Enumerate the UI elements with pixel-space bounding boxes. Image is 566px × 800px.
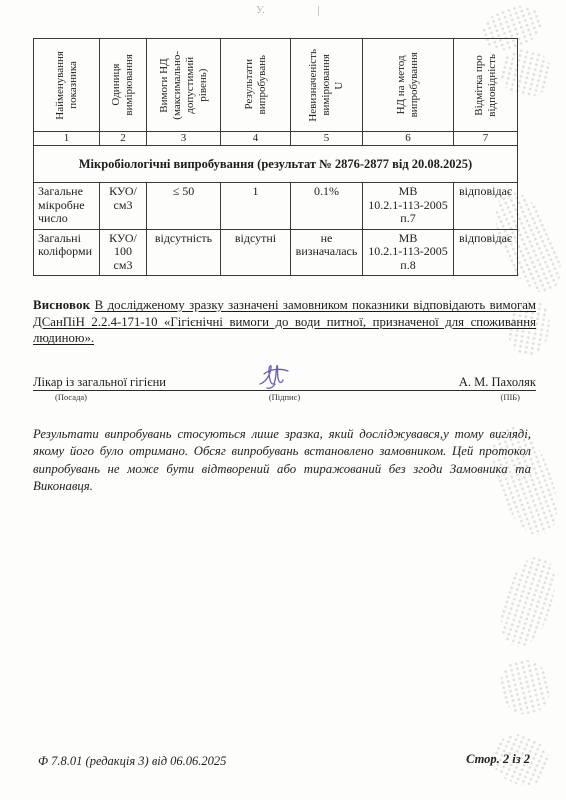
document-content: Найменування показника Одиниця вимірюван… (33, 38, 536, 496)
signature-block: Лікар із загальної гігієни А. М. Пахоляк… (33, 371, 536, 404)
scan-noise (492, 551, 564, 653)
signature-icon (254, 359, 296, 393)
signature-caption: (Підпис) (269, 392, 300, 402)
cell-method: МВ 10.2.1-113-2005 п.7 (363, 183, 454, 230)
table-row: Загальні коліформи КУО/ 100 см3 відсутні… (34, 229, 518, 276)
header-label: Невизначеність вимірювання U (307, 49, 346, 122)
signature-labels: (Посада) (Підпис) (ПІБ) (33, 391, 536, 404)
cell-result: відсутні (221, 229, 291, 276)
signature-line: Лікар із загальної гігієни А. М. Пахоляк (33, 371, 536, 391)
signer-position: Лікар із загальної гігієни (33, 375, 166, 390)
table-row: Загальне мікробне число КУО/ см3 ≤ 50 1 … (34, 183, 518, 230)
column-number: 1 (34, 132, 100, 146)
column-number: 4 (221, 132, 291, 146)
section-title-row: Мікробіологічні випробування (результат … (34, 146, 518, 183)
header-method-nd: НД на метод випробування (363, 39, 454, 132)
cell-indicator: Загальні коліформи (34, 229, 100, 276)
header-label: НД на метод випробування (395, 52, 421, 117)
table-header-row: Найменування показника Одиниця вимірюван… (34, 39, 518, 132)
column-number: 2 (100, 132, 147, 146)
cell-method: МВ 10.2.1-113-2005 п.8 (363, 229, 454, 276)
column-number: 7 (454, 132, 518, 146)
column-number-row: 1 2 3 4 5 6 7 (34, 132, 518, 146)
column-number: 3 (147, 132, 221, 146)
document-page: У. Найменування показника Одиниця вимірю… (0, 0, 566, 800)
header-label: Вимоги НД (максимально- допустимий рівен… (158, 51, 210, 120)
disclaimer-paragraph: Результати випробувань стосуються лише з… (33, 426, 531, 496)
conclusion-label: Висновок (33, 298, 90, 312)
conclusion-paragraph: Висновок В дослідженому зразку зазначені… (33, 297, 536, 347)
name-caption: (ПІБ) (500, 392, 520, 402)
pencil-tick-mark (318, 6, 319, 16)
cell-uncertainty: не визначалась (291, 229, 363, 276)
scan-noise (495, 655, 555, 719)
cell-conformity: відповідає (454, 229, 518, 276)
header-test-results: Результати випробувань (221, 39, 291, 132)
signer-name: А. М. Пахоляк (459, 375, 536, 390)
cell-requirement: ≤ 50 (147, 183, 221, 230)
cell-conformity: відповідає (454, 183, 518, 230)
header-label: Одиниця вимірювання (110, 54, 136, 116)
footer-page-number: Стор. 2 із 2 (466, 752, 530, 767)
header-uncertainty: Невизначеність вимірювання U (291, 39, 363, 132)
header-conformity-mark: Відмітка про відповідність (454, 39, 518, 132)
cell-requirement: відсутність (147, 229, 221, 276)
cell-indicator: Загальне мікробне число (34, 183, 100, 230)
footer-form-number: Ф 7.8.01 (редакція 3) від 06.06.2025 (38, 754, 226, 769)
cell-unit: КУО/ 100 см3 (100, 229, 147, 276)
header-nd-requirements: Вимоги НД (максимально- допустимий рівен… (147, 39, 221, 132)
section-title: Мікробіологічні випробування (результат … (34, 146, 518, 183)
cell-uncertainty: 0.1% (291, 183, 363, 230)
pencil-mark: У. (256, 4, 265, 16)
conclusion-text: В дослідженому зразку зазначені замовник… (33, 298, 536, 345)
header-label: Результати випробувань (243, 55, 269, 114)
cell-result: 1 (221, 183, 291, 230)
column-number: 5 (291, 132, 363, 146)
header-label: Відмітка про відповідність (473, 54, 499, 117)
header-label: Найменування показника (54, 51, 80, 120)
header-measurement-unit: Одиниця вимірювання (100, 39, 147, 132)
cell-unit: КУО/ см3 (100, 183, 147, 230)
position-caption: (Посада) (55, 392, 87, 402)
header-indicator-name: Найменування показника (34, 39, 100, 132)
results-table: Найменування показника Одиниця вимірюван… (33, 38, 518, 276)
column-number: 6 (363, 132, 454, 146)
